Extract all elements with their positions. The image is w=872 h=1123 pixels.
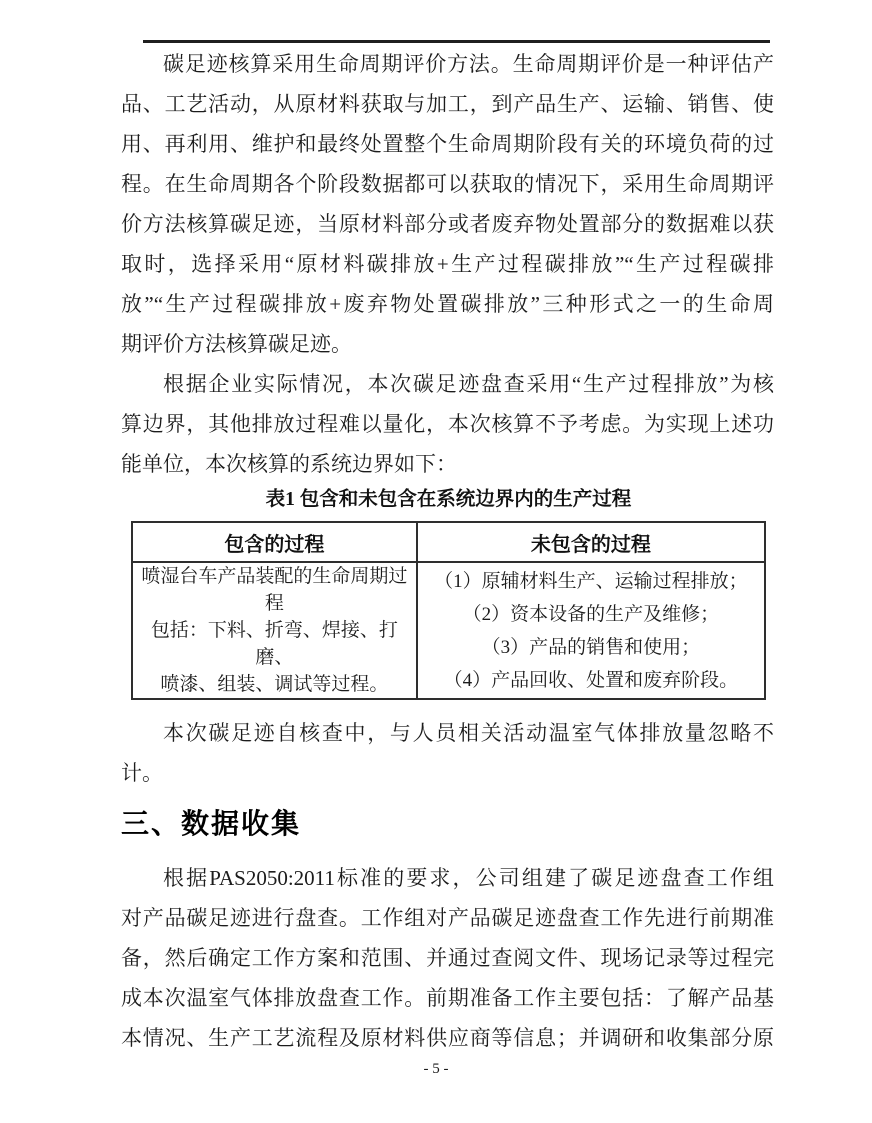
page-number: - 5 - — [0, 1060, 872, 1078]
paragraph-self-check: 本次碳足迹自核查中，与人员相关活动温室气体排放量忽略不计。 — [121, 713, 774, 793]
table-header-row: 包含的过程 未包含的过程 — [132, 522, 765, 562]
table-row: 喷湿台车产品装配的生命周期过程包括：下料、折弯、焊接、打磨、喷漆、组装、调试等过… — [132, 562, 765, 699]
paragraph-data-collection: 根据PAS2050:2011标准的要求，公司组建了碳足迹盘查工作组对产品碳足迹进… — [121, 858, 774, 1058]
table-caption: 表1 包含和未包含在系统边界内的生产过程 — [131, 487, 766, 513]
table-header-excluded: 未包含的过程 — [417, 522, 765, 562]
header-rule — [143, 40, 770, 43]
cell-included-process: 喷湿台车产品装配的生命周期过程包括：下料、折弯、焊接、打磨、喷漆、组装、调试等过… — [132, 562, 417, 699]
page-content: 碳足迹核算采用生命周期评价方法。生命周期评价是一种评估产品、工艺活动，从原材料获… — [121, 44, 774, 1058]
system-boundary-table: 包含的过程 未包含的过程 喷湿台车产品装配的生命周期过程包括：下料、折弯、焊接、… — [131, 521, 766, 700]
table-header-included: 包含的过程 — [132, 522, 417, 562]
paragraph-accounting-boundary: 根据企业实际情况，本次碳足迹盘查采用“生产过程排放”为核算边界，其他排放过程难以… — [121, 364, 774, 484]
section-heading-data-collection: 三、数据收集 — [121, 805, 774, 843]
cell-excluded-processes: （1）原辅材料生产、运输过程排放；（2）资本设备的生产及维修；（3）产品的销售和… — [417, 562, 765, 699]
document-page: 碳足迹核算采用生命周期评价方法。生命周期评价是一种评估产品、工艺活动，从原材料获… — [0, 0, 872, 1123]
paragraph-lca-method: 碳足迹核算采用生命周期评价方法。生命周期评价是一种评估产品、工艺活动，从原材料获… — [121, 44, 774, 364]
